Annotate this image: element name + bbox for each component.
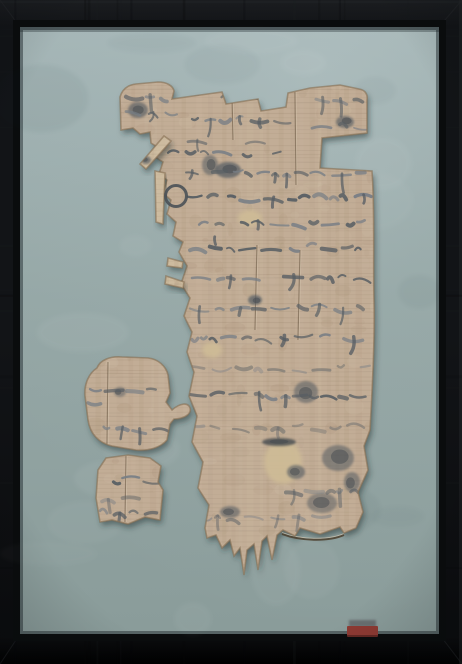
framed-papyrus-scene [0, 0, 462, 664]
photo-vignette [0, 0, 462, 664]
artwork-photo: Framed papyrus fragments with cursive in… [0, 0, 462, 664]
